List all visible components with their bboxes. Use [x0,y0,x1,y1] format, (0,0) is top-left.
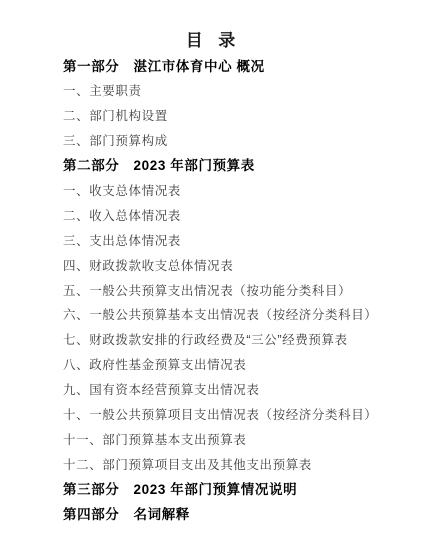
toc-entry: 一、主要职责 [63,79,413,104]
toc-entry: 七、财政拨款安排的行政经费及“三公”经费预算表 [63,328,413,353]
toc-entry: 三、支出总体情况表 [63,229,413,254]
toc-title: 目 录 [0,30,423,52]
toc-entry: 五、一般公共预算支出情况表（按功能分类科目） [63,279,413,304]
toc-entry-part-3: 第三部分 2023 年部门预算情况说明 [63,478,413,503]
toc-entry: 八、政府性基金预算支出情况表 [63,353,413,378]
toc-entry-part-1: 第一部分 湛江市体育中心 概况 [63,55,413,80]
toc-entry: 十、一般公共预算项目支出情况表（按经济分类科目） [63,403,413,428]
toc-entry: 十二、部门预算项目支出及其他支出预算表 [63,453,413,478]
toc-entry: 一、收支总体情况表 [63,179,413,204]
toc-entry: 四、财政拨款收支总体情况表 [63,254,413,279]
toc-entry: 二、收入总体情况表 [63,204,413,229]
toc-entry: 十一、部门预算基本支出预算表 [63,428,413,453]
document-page: 目 录 第一部分 湛江市体育中心 概况 一、主要职责 二、部门机构设置 三、部门… [0,0,423,540]
toc-entry: 六、一般公共预算基本支出情况表（按经济分类科目） [63,303,413,328]
toc-entry-part-2: 第二部分 2023 年部门预算表 [63,154,413,179]
toc-entry: 三、部门预算构成 [63,129,413,154]
toc-entry: 九、国有资本经营预算支出情况表 [63,378,413,403]
toc-entry: 二、部门机构设置 [63,104,413,129]
toc-list: 第一部分 湛江市体育中心 概况 一、主要职责 二、部门机构设置 三、部门预算构成… [63,55,413,528]
toc-entry-part-4: 第四部分 名词解释 [63,503,413,528]
